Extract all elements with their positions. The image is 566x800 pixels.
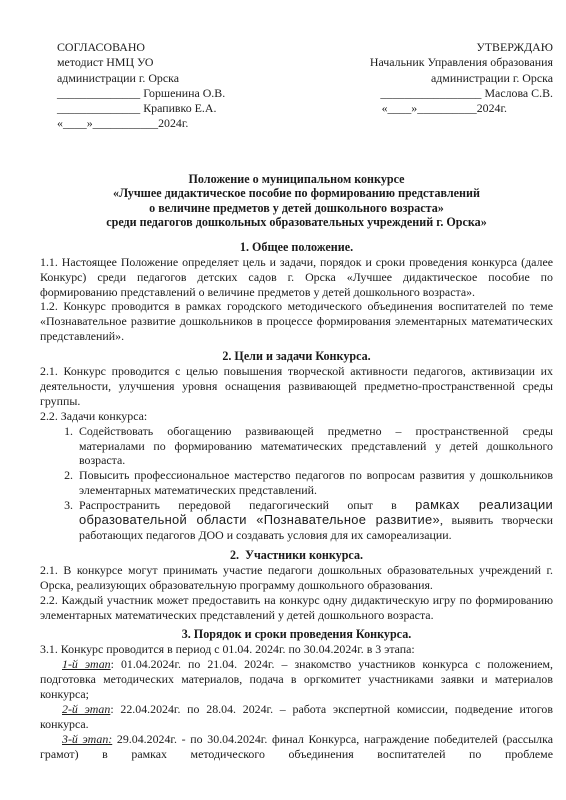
title-line: «Лучшее дидактическое пособие по формиро…: [40, 186, 553, 201]
document-title: Положение о муниципальном конкурсе «Лучш…: [40, 172, 553, 230]
stage-3-paragraph: 3-й этап: 29.04.2024г. - по 30.04.2024г.…: [40, 732, 553, 762]
approval-left-line: СОГЛАСОВАНО: [57, 40, 225, 55]
approval-right-line: администрации г. Орска: [370, 71, 553, 86]
date-line: «____»___________2024г.: [57, 116, 225, 131]
stage-1-text: : 01.04.2024г. по 21.04. 2024г. – знаком…: [40, 657, 553, 701]
title-line: Положение о муниципальном конкурсе: [40, 172, 553, 187]
section-procedure: 3. Порядок и сроки проведения Конкурса. …: [40, 627, 553, 761]
paragraph-3-1: 3.1. Конкурс проводится в период с 01.04…: [40, 642, 553, 657]
task-item-2: Повысить профессиональное мастерство пед…: [76, 468, 553, 498]
section-heading-general: 1. Общее положение.: [40, 240, 553, 255]
stage-2-paragraph: 2-й этап: 22.04.2024г. по 28.04. 2024г. …: [40, 702, 553, 732]
document-page: СОГЛАСОВАНО методист НМЦ УО администраци…: [0, 0, 566, 800]
section-heading-procedure: 3. Порядок и сроки проведения Конкурса.: [40, 627, 553, 642]
section-heading-participants: 2. Участники конкурса.: [40, 548, 553, 563]
stage-2-label: 2-й этап: [62, 702, 110, 716]
title-line: среди педагогов дошкольных образовательн…: [40, 215, 553, 230]
stage-3-label: 3-й этап:: [62, 732, 112, 746]
task-text-lead: Распространить передовой педагогический …: [79, 498, 415, 512]
signature-line: _________________ Маслова С.В.: [370, 86, 553, 101]
section-goals: 2. Цели и задачи Конкурса. 2.1. Конкурс …: [40, 349, 553, 543]
signature-line: ______________ Крапивко Е.А.: [57, 101, 225, 116]
stage-2-text: : 22.04.2024г. по 28.04. 2024г. – работа…: [40, 702, 553, 731]
date-line: «____»__________2024г.: [370, 101, 553, 116]
tasks-list: Содействовать обогащению развивающей пре…: [40, 424, 553, 543]
section-heading-goals: 2. Цели и задачи Конкурса.: [40, 349, 553, 364]
approval-right-line: Начальник Управления образования: [370, 55, 553, 70]
task-item-1: Содействовать обогащению развивающей пре…: [76, 424, 553, 469]
approval-left-line: методист НМЦ УО: [57, 55, 225, 70]
stage-1-paragraph: 1-й этап: 01.04.2024г. по 21.04. 2024г. …: [40, 657, 553, 702]
stage-1-label: 1-й этап: [62, 657, 111, 671]
paragraph-2-1: 2.1. Конкурс проводится с целью повышени…: [40, 364, 553, 409]
stage-3-text: 29.04.2024г. - по 30.04.2024г. финал Кон…: [40, 732, 553, 761]
approval-right-block: УТВЕРЖДАЮ Начальник Управления образован…: [370, 40, 553, 116]
section-general: 1. Общее положение. 1.1. Настоящее Полож…: [40, 240, 553, 344]
task-text: Повысить профессиональное мастерство пед…: [79, 468, 553, 497]
task-item-3: Распространить передовой педагогический …: [76, 498, 553, 543]
title-line: о величине предметов у детей дошкольного…: [40, 201, 553, 216]
approval-right-line: УТВЕРЖДАЮ: [370, 40, 553, 55]
section-participants: 2. Участники конкурса. 2.1. В конкурсе м…: [40, 548, 553, 623]
paragraph-1-2: 1.2. Конкурс проводится в рамках городск…: [40, 299, 553, 344]
paragraph-1-1: 1.1. Настоящее Положение определяет цель…: [40, 255, 553, 300]
signature-line: ______________ Горшенина О.В.: [57, 86, 225, 101]
approval-block: СОГЛАСОВАНО методист НМЦ УО администраци…: [40, 40, 553, 132]
task-text: Содействовать обогащению развивающей пре…: [79, 424, 553, 468]
approval-left-block: СОГЛАСОВАНО методист НМЦ УО администраци…: [57, 40, 225, 132]
approval-left-line: администрации г. Орска: [57, 71, 225, 86]
paragraph-participants-2-2: 2.2. Каждый участник может предоставить …: [40, 593, 553, 623]
paragraph-participants-2-1: 2.1. В конкурсе могут принимать участие …: [40, 563, 553, 593]
paragraph-2-2: 2.2. Задачи конкурса:: [40, 409, 553, 424]
